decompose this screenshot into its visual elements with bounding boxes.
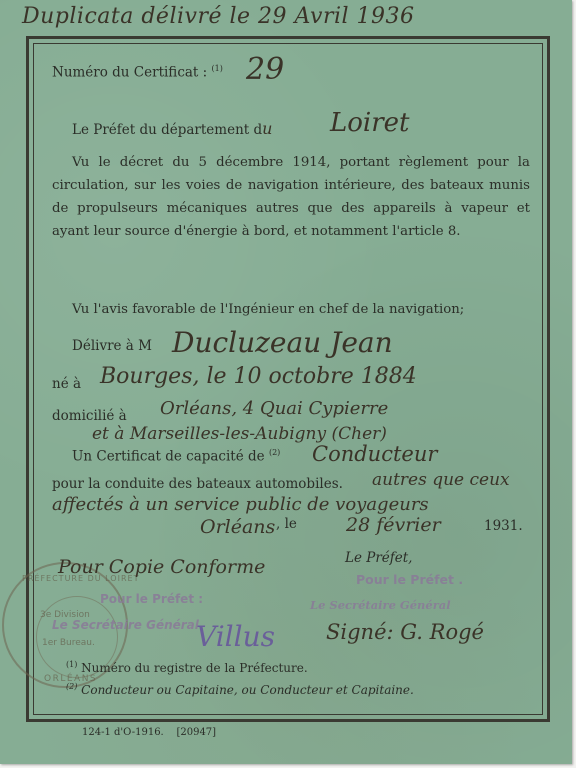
avis-paragraph: Vu l'avis favorable de l'Ingénieur en ch… bbox=[52, 298, 530, 321]
certificate-number-label: Numéro du Certificat : (1) bbox=[52, 64, 223, 81]
printer-imprint: 124-1 d'O-1916. [20947] bbox=[82, 727, 216, 738]
year-value: 1931. bbox=[484, 518, 523, 534]
left-stamp-secretaire: Le Secrétaire Général bbox=[52, 618, 199, 632]
copy-conform-note: Pour Copie Conforme bbox=[58, 556, 265, 578]
capacity-label-text: Un Certificat de capacité de bbox=[72, 449, 265, 465]
footnote-2-text: Conducteur ou Capitaine, ou Conducteur e… bbox=[81, 683, 414, 697]
domicile-label: domicilié à bbox=[52, 408, 127, 424]
domicile-line-2: et à Marseilles-les-Aubigny (Cher) bbox=[92, 424, 387, 444]
date-value: 28 février bbox=[346, 514, 441, 536]
imprint-code: 124-1 d'O-1916. bbox=[82, 727, 164, 738]
footnote-1-mark: (1) bbox=[66, 660, 77, 669]
born-label: né à bbox=[52, 376, 81, 392]
left-stamp-pour-le-prefet: Pour le Préfet : bbox=[100, 592, 203, 606]
right-stamp-secretaire: Le Secrétaire Général bbox=[310, 598, 451, 612]
delivered-label: Délivre à M bbox=[72, 338, 152, 354]
holder-name: Ducluzeau Jean bbox=[172, 326, 393, 359]
footnote-2: (2) Conducteur ou Capitaine, ou Conducte… bbox=[66, 682, 414, 697]
prefect-title: Le Préfet, bbox=[345, 550, 412, 566]
footnote-2-mark: (2) bbox=[66, 682, 77, 691]
signed-rogé: Signé: G. Rogé bbox=[326, 620, 484, 644]
number-label-text: Numéro du Certificat : bbox=[52, 65, 207, 81]
capacity-value: Conducteur bbox=[312, 442, 437, 466]
born-value: Bourges, le 10 octobre 1884 bbox=[100, 364, 417, 389]
prefect-label-text: Le Préfet du département d bbox=[72, 122, 262, 138]
footnote-ref-2: (2) bbox=[269, 448, 280, 457]
stamp-inner-line-2: 1er Bureau. bbox=[42, 638, 95, 648]
footnote-1: (1) Numéro du registre de la Préfecture. bbox=[66, 660, 308, 675]
capacity-label: Un Certificat de capacité de (2) bbox=[72, 448, 280, 465]
purpose-hand-1: autres que ceux bbox=[372, 470, 510, 490]
footnote-1-text: Numéro du registre de la Préfecture. bbox=[81, 661, 307, 675]
certificate-card: Duplicata délivré le 29 Avril 1936 Numér… bbox=[0, 0, 572, 764]
prefect-label: Le Préfet du département du bbox=[72, 119, 272, 138]
prefect-hand-suffix: u bbox=[262, 119, 272, 138]
duplicate-note: Duplicata délivré le 29 Avril 1936 bbox=[22, 4, 415, 29]
purpose-hand-2: affectés à un service public de voyageur… bbox=[52, 494, 429, 515]
department-value: Loiret bbox=[330, 108, 410, 138]
place-value: Orléans bbox=[200, 516, 275, 538]
footnote-ref-1: (1) bbox=[212, 64, 223, 73]
certificate-number-value: 29 bbox=[246, 52, 284, 87]
decree-paragraph: Vu le décret du 5 décembre 1914, portant… bbox=[52, 151, 530, 243]
left-signature: Villus bbox=[196, 620, 275, 653]
date-le-label: , le bbox=[276, 516, 297, 532]
domicile-line-1: Orléans, 4 Quai Cypierre bbox=[160, 398, 388, 419]
imprint-ref: [20947] bbox=[176, 727, 216, 738]
right-stamp-pour-le-prefet: Pour le Préfet . bbox=[356, 572, 463, 587]
purpose-label: pour la conduite des bateaux automobiles… bbox=[52, 476, 343, 492]
